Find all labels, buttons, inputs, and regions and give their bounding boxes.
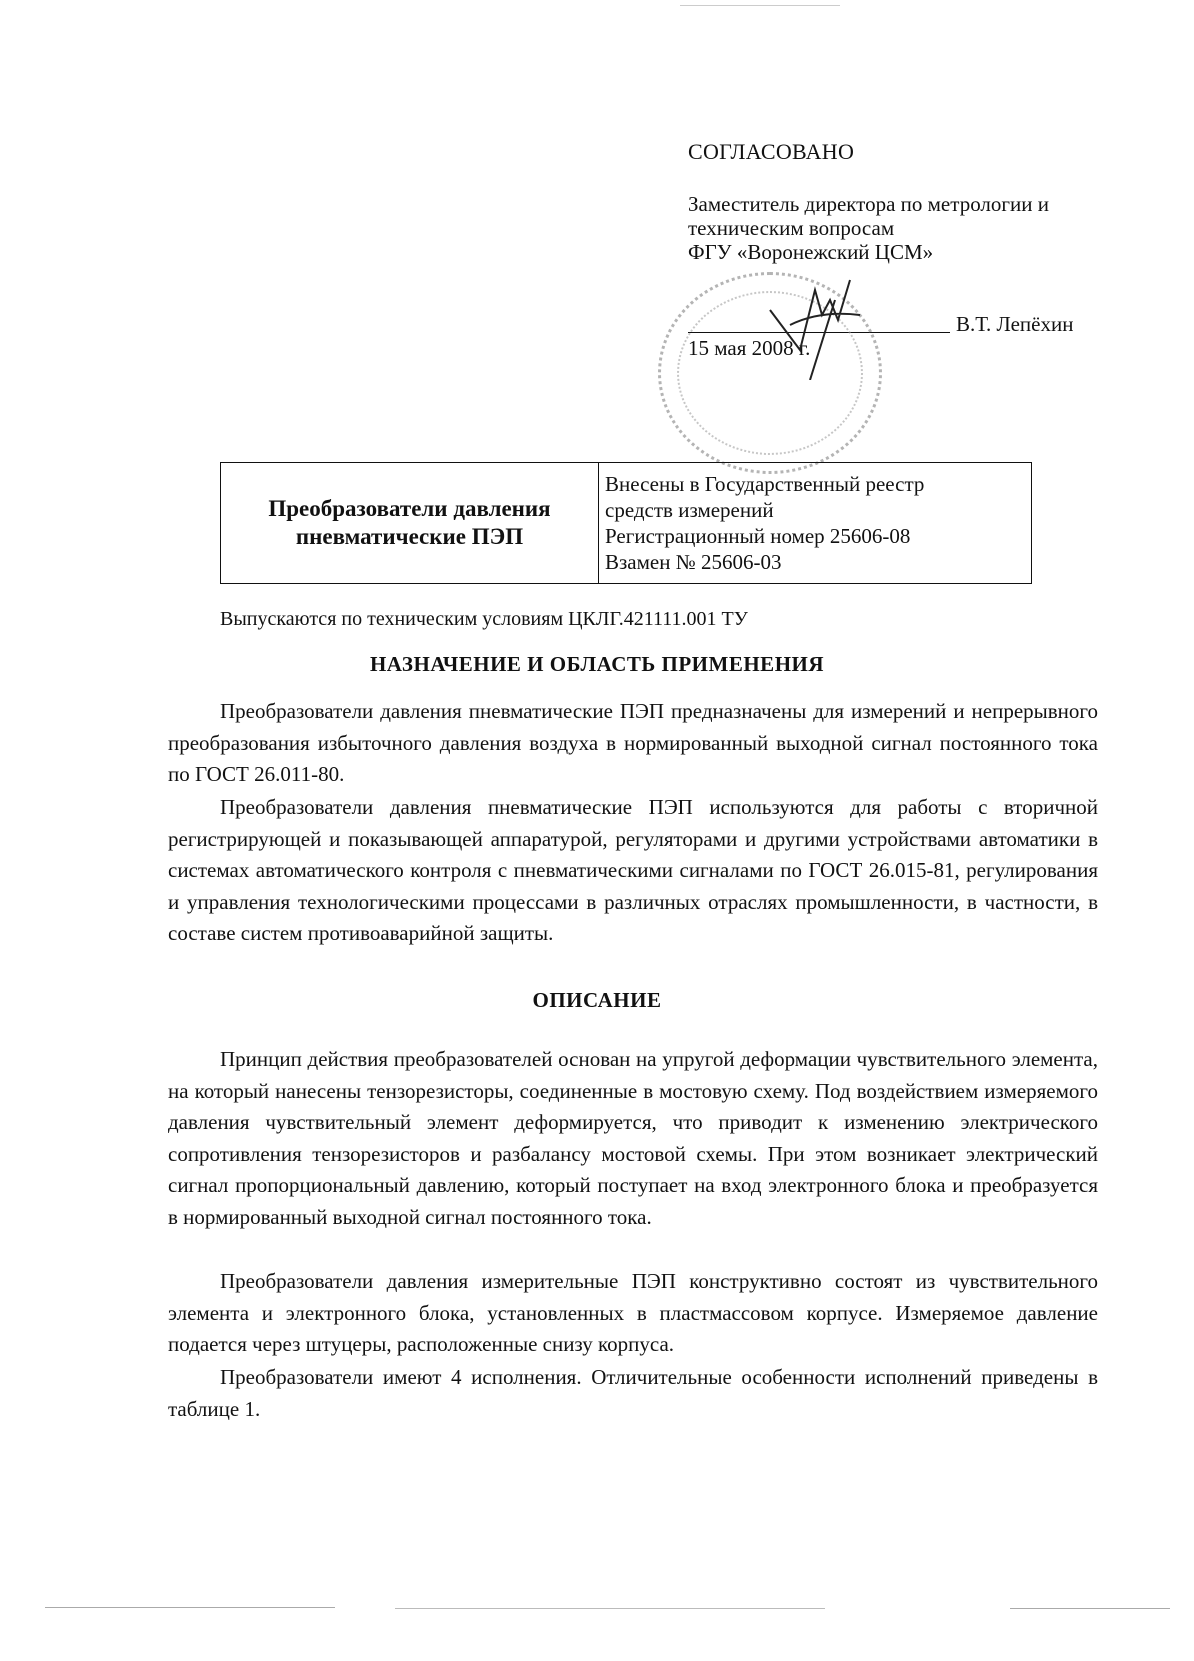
scan-artifact-top xyxy=(680,5,840,6)
paragraph-text: Преобразователи давления пневматические … xyxy=(168,795,1098,945)
handwritten-signature-icon xyxy=(760,270,870,380)
paragraph: Преобразователи давления измерительные П… xyxy=(168,1266,1098,1361)
registration-number: Регистрационный номер 25606-08 xyxy=(605,523,1031,549)
product-name-line: Преобразователи давления xyxy=(221,495,598,523)
scan-artifact-bottom-left xyxy=(45,1607,335,1608)
replaced-number: Взамен № 25606-03 xyxy=(605,549,1031,575)
approver-position: Заместитель директора по метрологии и те… xyxy=(688,192,1108,264)
approver-organization: ФГУ «Воронежский ЦСМ» xyxy=(688,240,1108,264)
paragraph-text: Преобразователи имеют 4 исполнения. Отли… xyxy=(168,1365,1098,1421)
section-title-purpose: НАЗНАЧЕНИЕ И ОБЛАСТЬ ПРИМЕНЕНИЯ xyxy=(0,652,1194,677)
product-name-cell: Преобразователи давления пневматические … xyxy=(221,463,599,584)
paragraph: Преобразователи имеют 4 исполнения. Отли… xyxy=(168,1362,1098,1425)
section-title-description: ОПИСАНИЕ xyxy=(0,988,1194,1013)
paragraph-text: Преобразователи давления пневматические … xyxy=(168,699,1098,786)
technical-conditions-line: Выпускаются по техническим условиям ЦКЛГ… xyxy=(220,608,748,631)
registration-table: Преобразователи давления пневматические … xyxy=(220,462,1032,584)
approver-position-line: техническим вопросам xyxy=(688,216,1108,240)
signer-name: В.Т. Лепёхин xyxy=(956,312,1073,336)
approver-position-line: Заместитель директора по метрологии и xyxy=(688,192,1108,216)
scan-artifact-bottom-mid xyxy=(395,1608,825,1609)
scan-artifact-bottom-right xyxy=(1010,1608,1170,1609)
approval-heading: СОГЛАСОВАНО xyxy=(688,140,854,164)
registry-line: Внесены в Государственный реестр xyxy=(605,471,1031,497)
product-name-line: пневматические ПЭП xyxy=(221,523,598,551)
paragraph-text: Принцип действия преобразователей основа… xyxy=(168,1047,1098,1229)
paragraph: Преобразователи давления пневматические … xyxy=(168,792,1098,950)
paragraph: Принцип действия преобразователей основа… xyxy=(168,1044,1098,1233)
paragraph: Преобразователи давления пневматические … xyxy=(168,696,1098,791)
registry-line: средств измерений xyxy=(605,497,1031,523)
paragraph-text: Преобразователи давления измерительные П… xyxy=(168,1269,1098,1356)
registry-info-cell: Внесены в Государственный реестр средств… xyxy=(599,463,1032,584)
